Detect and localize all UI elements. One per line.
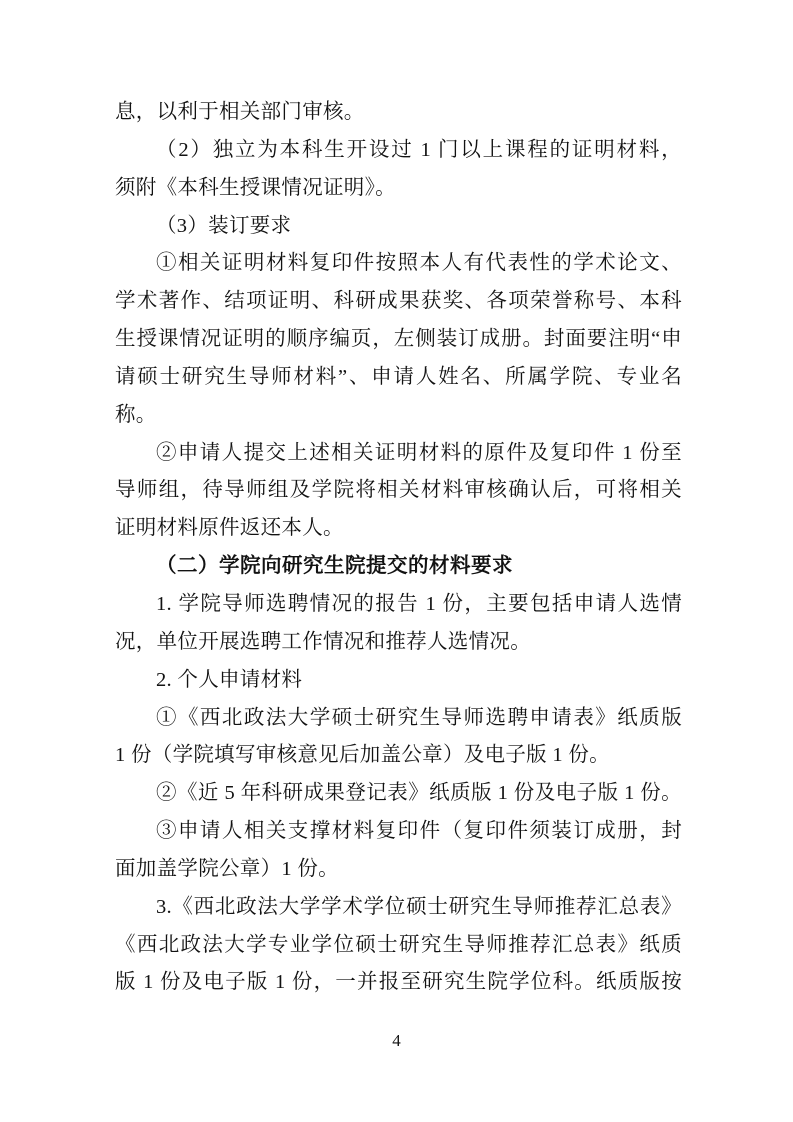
section-heading: （二）学院向研究生院提交的材料要求 (115, 548, 682, 586)
text-line: （2）独立为本科生开设过 1 门以上课程的证明材料， (115, 132, 682, 170)
text-line: ②申请人提交上述相关证明材料的原件及复印件 1 份至 (115, 435, 682, 473)
text-line: 息，以利于相关部门审核。 (115, 94, 682, 132)
text-line: 况，单位开展选聘工作情况和推荐人选情况。 (115, 624, 682, 662)
document-page: 息，以利于相关部门审核。 （2）独立为本科生开设过 1 门以上课程的证明材料， … (0, 0, 793, 1122)
text-line: 版 1 份及电子版 1 份，一并报至研究生院学位科。纸质版按 (115, 964, 682, 1002)
text-line: 1. 学院导师选聘情况的报告 1 份，主要包括申请人选情 (115, 586, 682, 624)
text-line: 《西北政法大学专业学位硕士研究生导师推荐汇总表》纸质 (115, 927, 682, 965)
text-line: 称。 (115, 397, 682, 435)
text-line: （3）装订要求 (115, 208, 682, 246)
text-line: 面加盖学院公章）1 份。 (115, 851, 682, 889)
text-line: 导师组，待导师组及学院将相关材料审核确认后，可将相关 (115, 472, 682, 510)
text-line: 2. 个人申请材料 (115, 662, 682, 700)
document-body: 息，以利于相关部门审核。 （2）独立为本科生开设过 1 门以上课程的证明材料， … (115, 94, 682, 1002)
text-line: 证明材料原件返还本人。 (115, 510, 682, 548)
text-line: 须附《本科生授课情况证明》。 (115, 170, 682, 208)
text-line: ②《近 5 年科研成果登记表》纸质版 1 份及电子版 1 份。 (115, 775, 682, 813)
text-line: ①相关证明材料复印件按照本人有代表性的学术论文、 (115, 245, 682, 283)
text-line: 3.《西北政法大学学术学位硕士研究生导师推荐汇总表》 (115, 889, 682, 927)
text-line: 请硕士研究生导师材料”、申请人姓名、所属学院、专业名 (115, 359, 682, 397)
text-line: 学术著作、结项证明、科研成果获奖、各项荣誉称号、本科 (115, 283, 682, 321)
text-line: ①《西北政法大学硕士研究生导师选聘申请表》纸质版 (115, 700, 682, 738)
page-number: 4 (0, 1030, 793, 1052)
text-line: 1 份（学院填写审核意见后加盖公章）及电子版 1 份。 (115, 737, 682, 775)
text-line: ③申请人相关支撑材料复印件（复印件须装订成册，封 (115, 813, 682, 851)
text-line: 生授课情况证明的顺序编页，左侧装订成册。封面要注明“申 (115, 321, 682, 359)
